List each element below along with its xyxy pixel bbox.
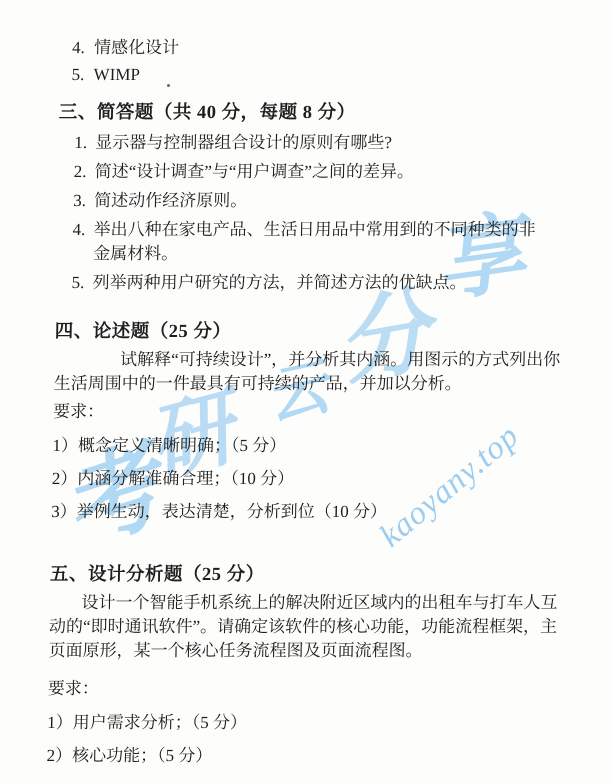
- item-text: 简述动作经济原则。: [94, 189, 247, 213]
- section-four-heading: 四、论述题（25 分）: [54, 319, 570, 345]
- item-text: 显示器与控制器组合设计的原则有哪些?: [95, 131, 392, 155]
- list-item: 1. 显示器与控制器组合设计的原则有哪些?: [58, 131, 574, 155]
- item-number: 5.: [71, 61, 94, 88]
- exam-paper-page: 考 研 云 分 享 kaoyany.top 4. 情感化设计 5. WIMP 三…: [0, 0, 612, 784]
- requirement-item: 1）用户需求分析；（5 分）: [47, 711, 563, 735]
- list-item: 5. 列举两种用户研究的方法，并简述方法的优缺点。: [55, 271, 571, 295]
- list-item: 4. 举出八种在家电产品、生活日用品中常用到的不同种类的非金属材料。: [56, 218, 573, 266]
- carryover-list: 4. 情感化设计 5. WIMP: [71, 34, 576, 88]
- requirement-item: 1）概念定义清晰明确；（5 分）: [52, 434, 568, 458]
- item-number: 3.: [73, 189, 94, 213]
- item-number: 4.: [72, 218, 94, 266]
- item-text: 简述“设计调查”与“用户调查”之间的差异。: [95, 160, 415, 184]
- essay-question-paragraph: 试解释“可持续设计”，并分析其内涵。用图示的方式列出你生活周围中的一件最具有可持…: [53, 348, 570, 396]
- item-text: 举出八种在家电产品、生活日用品中常用到的不同种类的非金属材料。: [93, 218, 546, 266]
- item-text: 情感化设计: [94, 34, 180, 61]
- item-number: 5.: [71, 271, 92, 295]
- list-item: 5. WIMP: [71, 61, 576, 88]
- item-number: 2.: [74, 160, 95, 184]
- list-item: 3. 简述动作经济原则。: [57, 189, 573, 213]
- design-question-paragraph: 设计一个智能手机系统上的解决附近区域内的出租车与打车人互动的“即时通讯软件”。请…: [48, 591, 565, 663]
- item-text: 列举两种用户研究的方法，并简述方法的优缺点。: [92, 271, 466, 295]
- item-text: WIMP: [93, 61, 140, 88]
- requirement-item: 2）内涵分解准确合理；（10 分）: [52, 467, 568, 491]
- requirement-item: 2）核心功能；（5 分）: [46, 744, 562, 768]
- exam-content: 4. 情感化设计 5. WIMP 三、简答题（共 40 分，每题 8 分） 1.…: [0, 0, 612, 784]
- requirements-label: 要求：: [48, 676, 564, 702]
- section-three-heading: 三、简答题（共 40 分，每题 8 分）: [59, 100, 575, 126]
- list-item: 4. 情感化设计: [72, 34, 577, 61]
- section-five-heading: 五、设计分析题（25 分）: [50, 562, 566, 588]
- item-number: 4.: [72, 34, 95, 61]
- list-item: 2. 简述“设计调查”与“用户调查”之间的差异。: [58, 160, 574, 184]
- short-answer-list: 1. 显示器与控制器组合设计的原则有哪些? 2. 简述“设计调查”与“用户调查”…: [55, 131, 574, 295]
- requirements-label: 要求：: [53, 399, 569, 425]
- item-number: 1.: [74, 131, 95, 155]
- requirement-item: 3）举例生动，表达清楚，分析到位（10 分）: [51, 500, 567, 524]
